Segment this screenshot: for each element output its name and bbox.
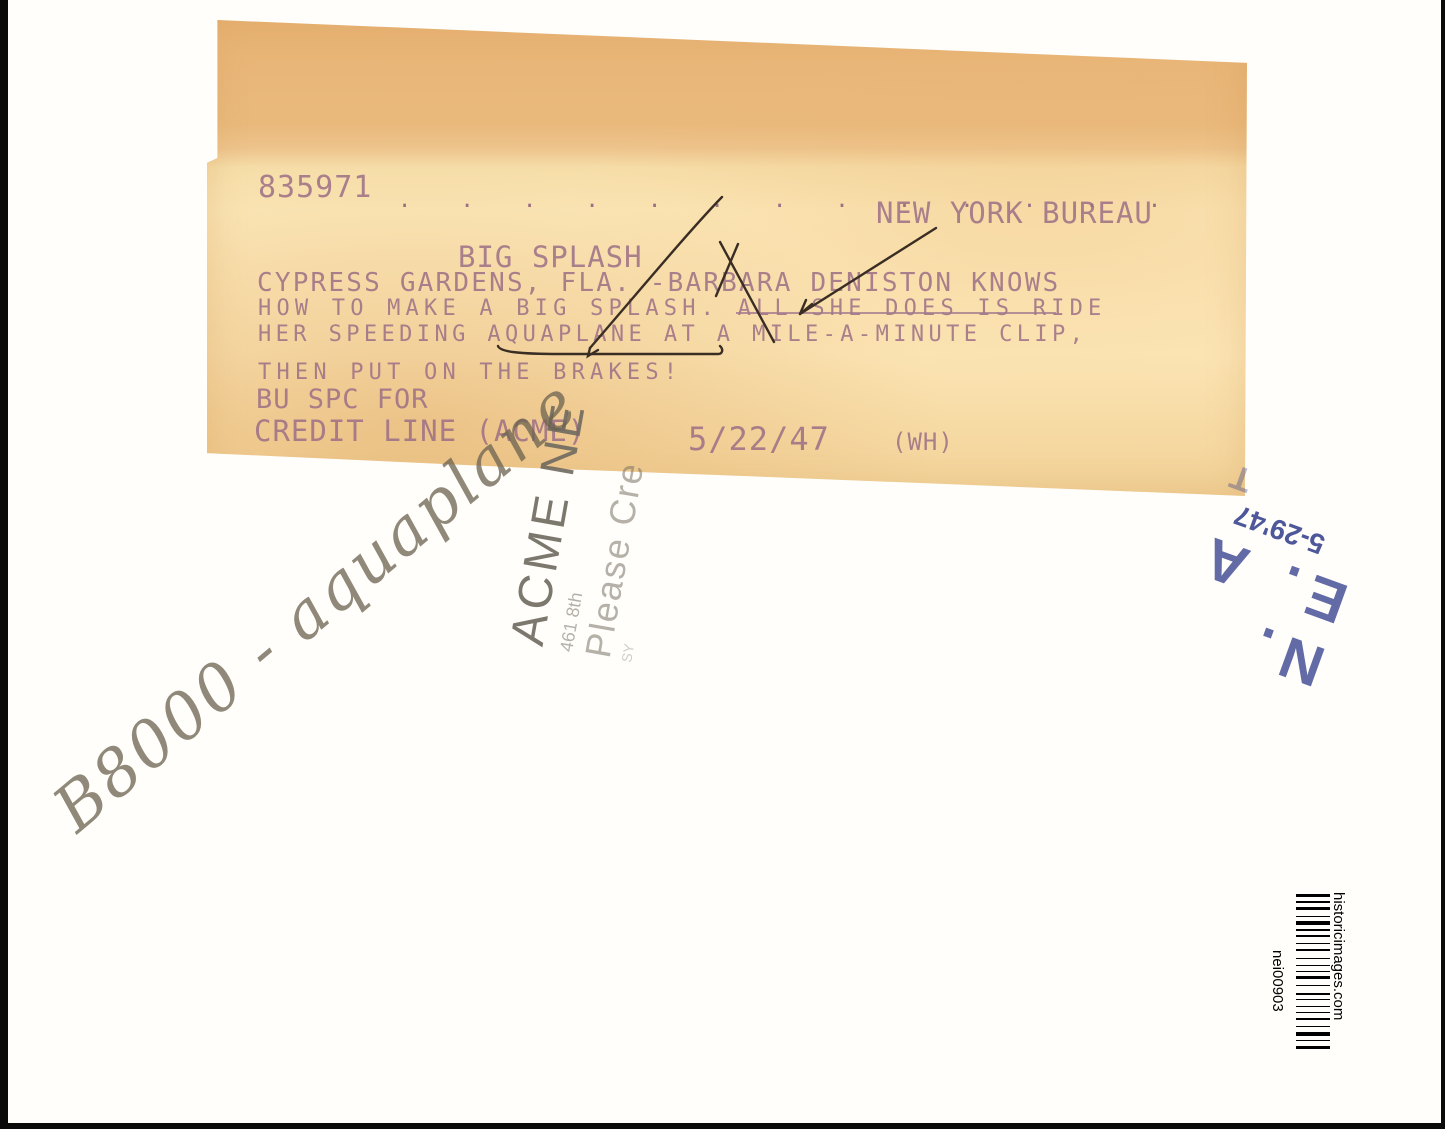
aquaplane-underline [498,346,722,354]
x-mark-stroke-a [720,242,774,342]
arrow-shaft [800,228,936,314]
barcode-item-id: nei00903 [1269,950,1286,1012]
check-stroke [590,197,722,348]
arrow-head [800,300,812,314]
barcode-icon [1296,894,1330,1094]
barcode-label: historicimages.com nei00903 [1268,890,1348,1100]
barcode-site: historicimages.com [1330,892,1347,1020]
